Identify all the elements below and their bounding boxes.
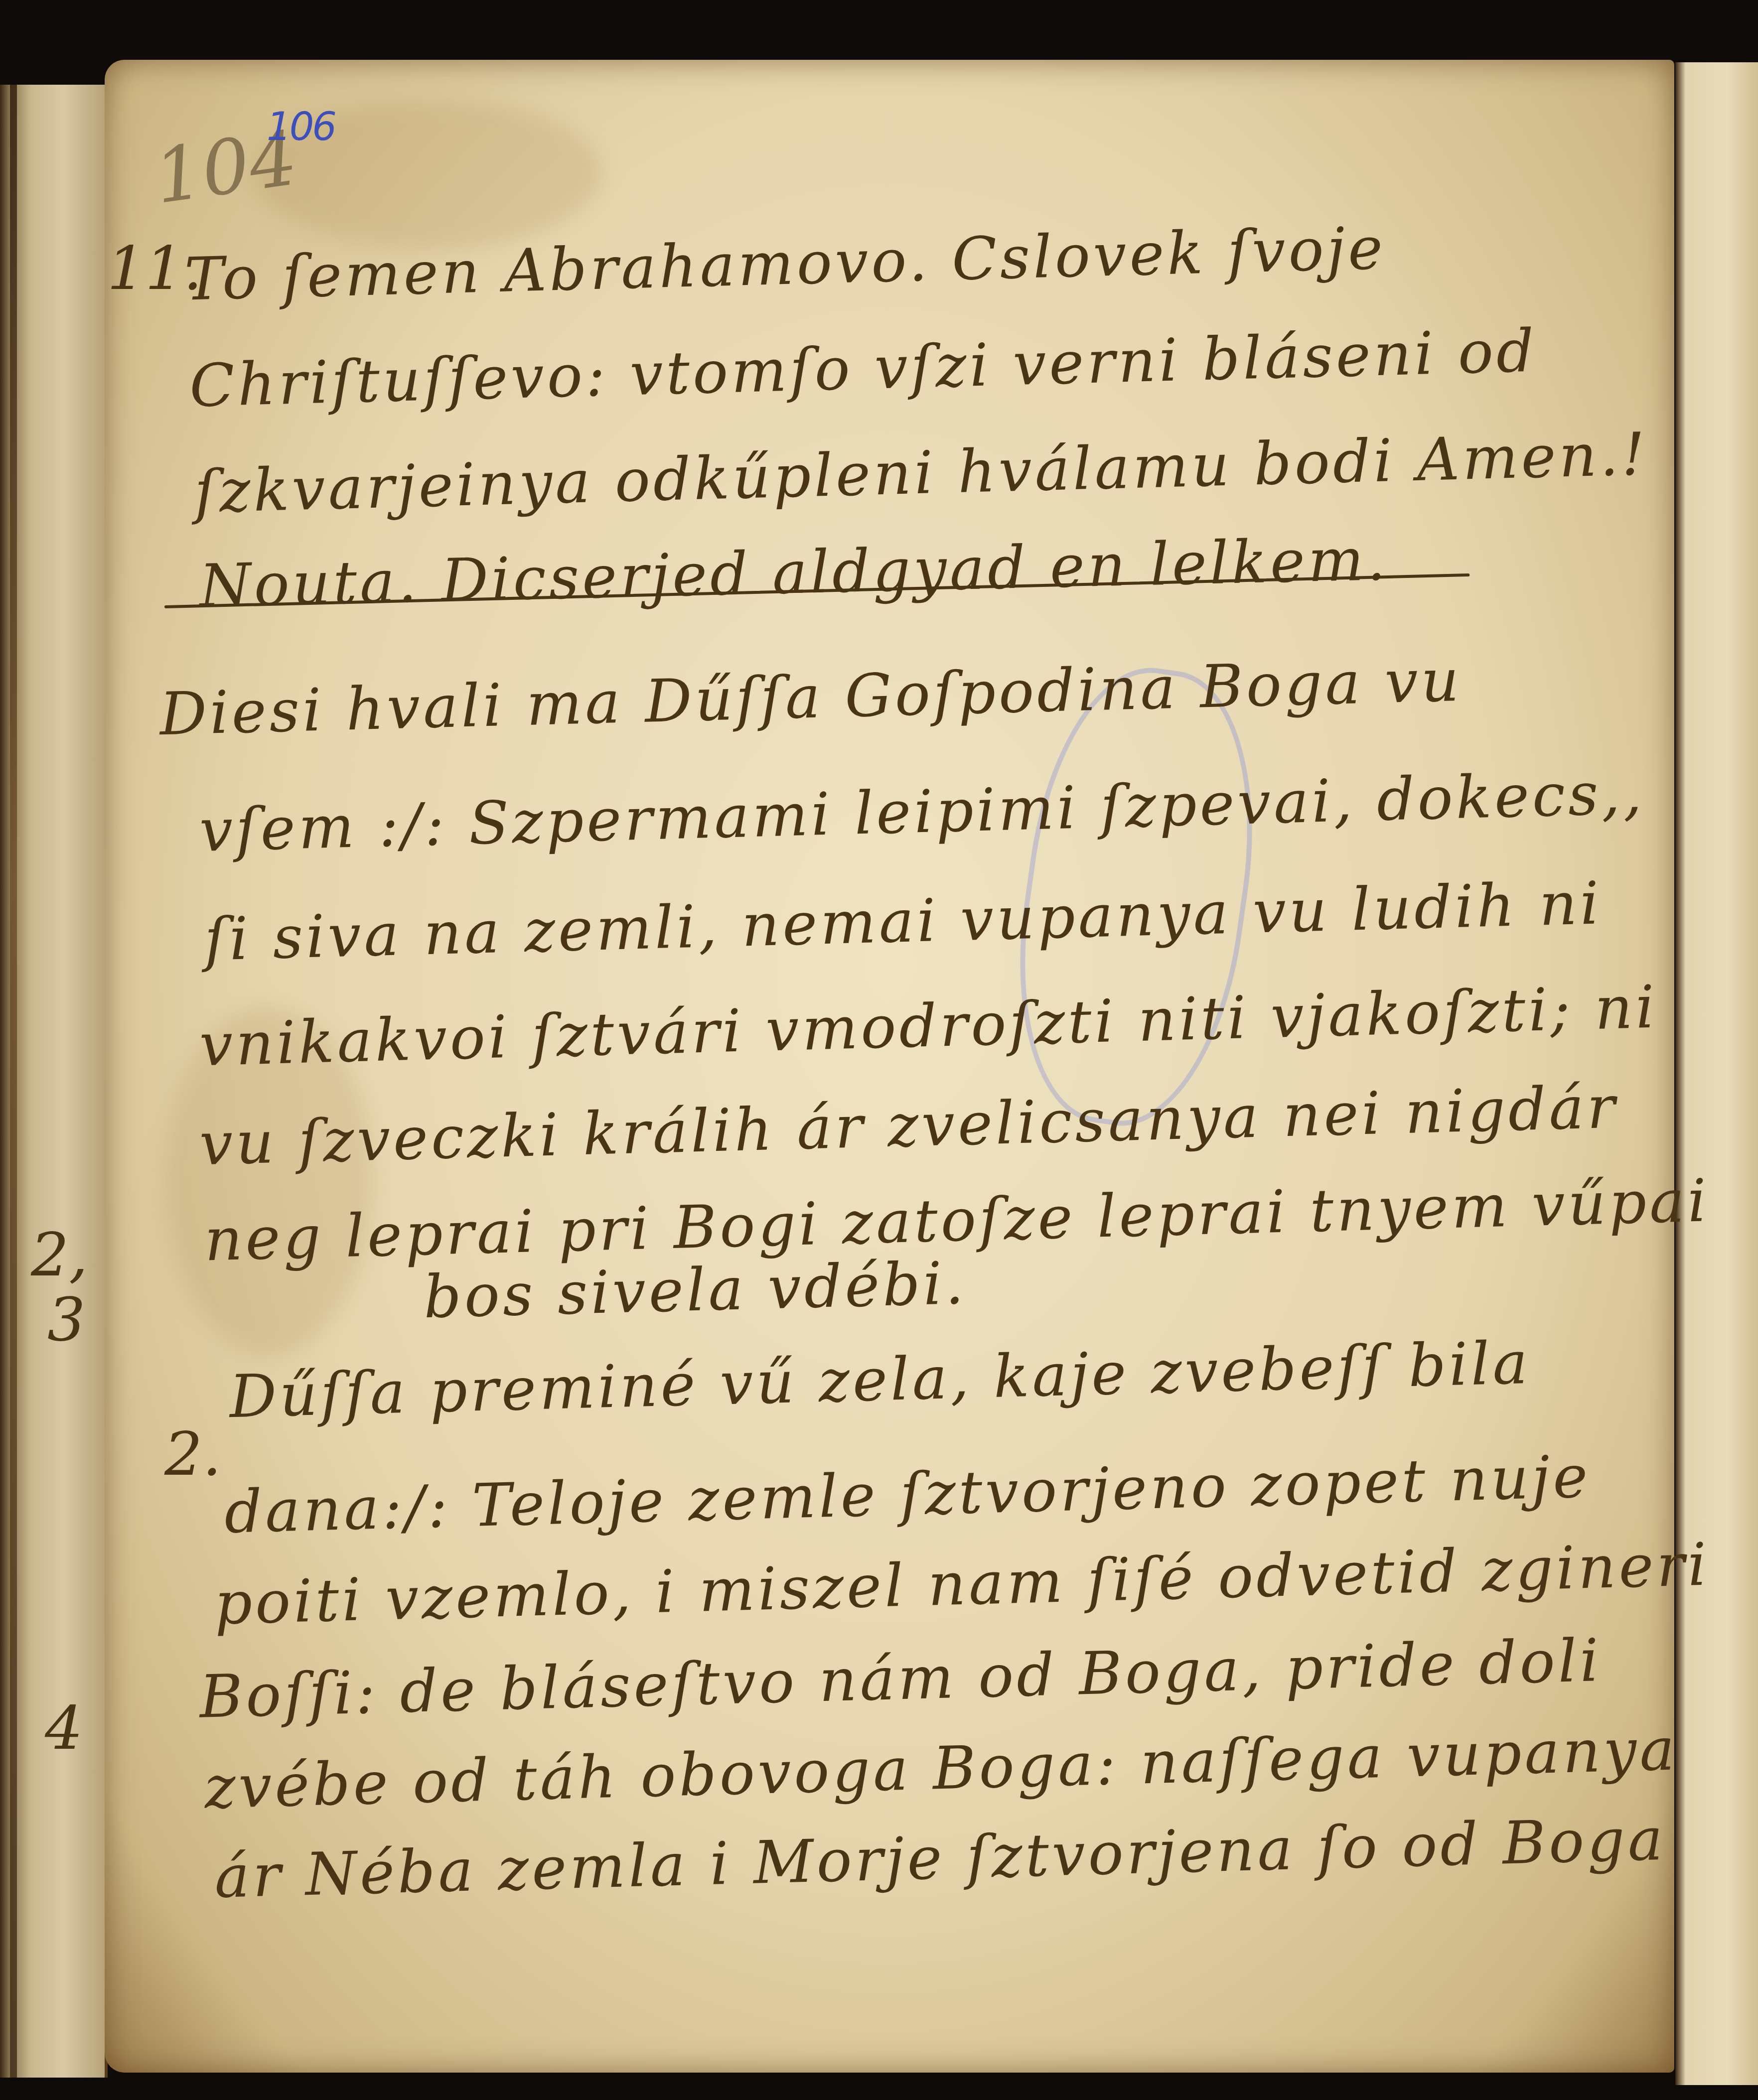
verse-1-line-7: bos sivela vdébi. [423,1249,967,1331]
margin-number: 4 [45,1694,83,1763]
binding-tear [10,85,17,2078]
margin-number: 2, [31,1221,88,1290]
margin-number: 3 [47,1285,85,1355]
verse-2-number: 2. [164,1420,222,1489]
left-binding-edge [0,85,108,2078]
right-page-edge [1675,62,1758,2085]
page-number: 106 [267,105,335,149]
